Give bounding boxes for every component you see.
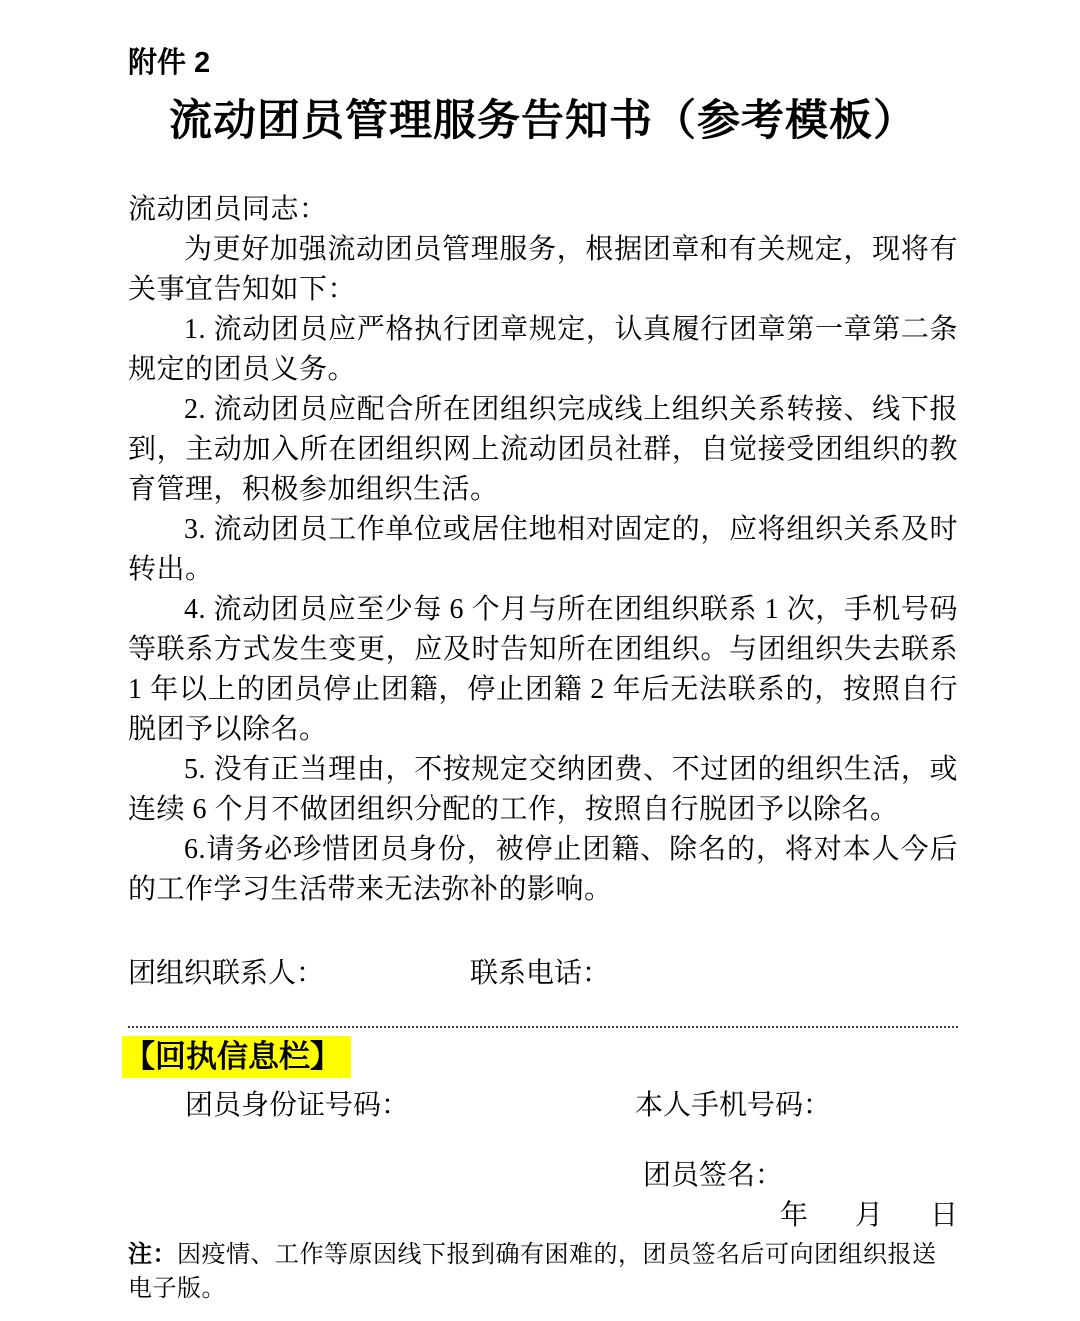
- date-year-label: 年: [780, 1196, 808, 1236]
- item-paragraph-6: 6.请务必珍惜团员身份，被停止团籍、除名的，将对本人今后的工作学习生活带来无法弥…: [128, 830, 958, 910]
- intro-paragraph: 为更好加强流动团员管理服务，根据团章和有关规定，现将有关事宜告知如下：: [128, 230, 958, 310]
- member-id-label: 团员身份证号码：: [185, 1086, 409, 1126]
- footnote-prefix: 注：: [128, 1241, 177, 1268]
- item-paragraph-3: 3. 流动团员工作单位或居住地相对固定的，应将组织关系及时转出。: [128, 510, 958, 590]
- receipt-section-header: 【回执信息栏】: [122, 1036, 351, 1078]
- date-day-label: 日: [930, 1196, 958, 1236]
- mobile-number-label: 本人手机号码：: [635, 1086, 831, 1126]
- date-month-label: 月: [855, 1196, 883, 1236]
- salutation: 流动团员同志：: [128, 190, 958, 230]
- contact-person-label: 团组织联系人：: [128, 954, 324, 994]
- item-paragraph-5: 5. 没有正当理由，不按规定交纳团费、不过团的组织生活，或连续 6 个月不做团组…: [128, 750, 958, 830]
- contact-phone-label: 联系电话：: [470, 954, 610, 994]
- document-page: 附件 2 流动团员管理服务告知书（参考模板） 流动团员同志： 为更好加强流动团员…: [0, 0, 1080, 1321]
- item-paragraph-4: 4. 流动团员应至少每 6 个月与所在团组织联系 1 次，手机号码等联系方式发生…: [128, 590, 958, 750]
- document-body: 流动团员同志： 为更好加强流动团员管理服务，根据团章和有关规定，现将有关事宜告知…: [128, 190, 958, 910]
- date-row: 年 月 日: [128, 1196, 958, 1236]
- item-paragraph-2: 2. 流动团员应配合所在团组织完成线上组织关系转接、线下报到，主动加入所在团组织…: [128, 390, 958, 510]
- contact-row: 团组织联系人： 联系电话：: [128, 954, 958, 994]
- attachment-label: 附件 2: [128, 46, 958, 80]
- item-paragraph-1: 1. 流动团员应严格执行团章规定，认真履行团章第一章第二条规定的团员义务。: [128, 310, 958, 390]
- footnote: 注：因疫情、工作等原因线下报到确有困难的，团员签名后可向团组织报送电子版。: [128, 1238, 958, 1306]
- tear-off-dotted-divider: [128, 1026, 958, 1028]
- signature-label: 团员签名：: [643, 1160, 783, 1191]
- footnote-text: 因疫情、工作等原因线下报到确有困难的，团员签名后可向团组织报送电子版。: [128, 1242, 937, 1302]
- document-title: 流动团员管理服务告知书（参考模板）: [128, 96, 958, 148]
- signature-row: 团员签名：: [128, 1156, 958, 1196]
- receipt-fields-row: 团员身份证号码： 本人手机号码：: [128, 1086, 958, 1126]
- receipt-section: 【回执信息栏】: [128, 1036, 958, 1078]
